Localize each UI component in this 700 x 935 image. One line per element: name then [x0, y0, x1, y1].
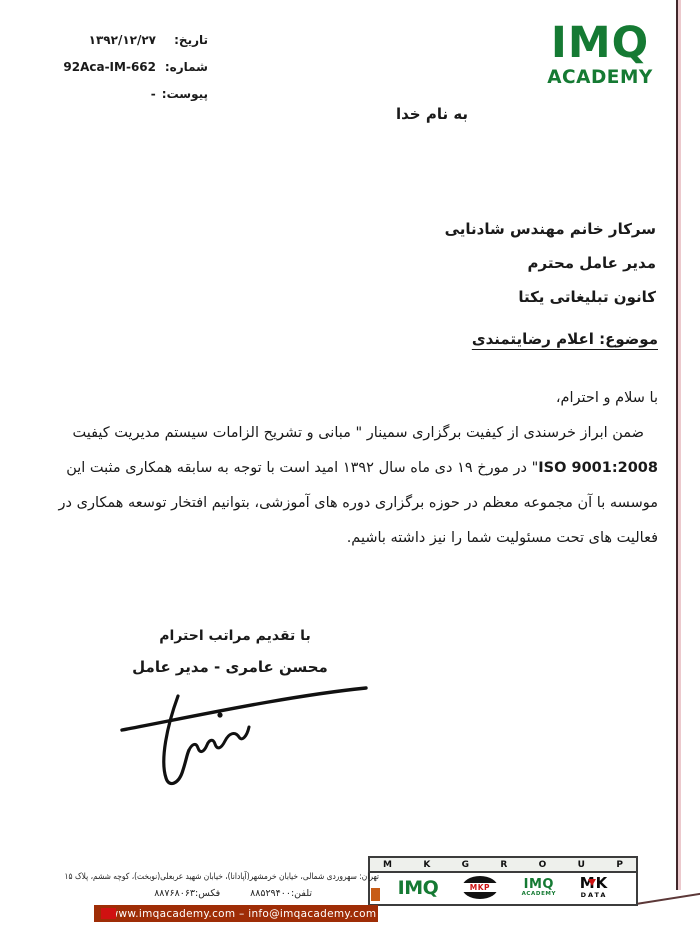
date-label: تاریخ: [162, 33, 208, 47]
number-value: 92Aca-IM-662 [63, 60, 156, 74]
footer-imq-academy-logo: IMQ ACADEMY [522, 878, 557, 898]
group-letter: M [383, 860, 392, 870]
letter-page: IMQ ACADEMY تاریخ: ۱۳۹۲/۱۲/۲۷ شماره: 92A… [0, 0, 700, 935]
website-email-text: www.imqacademy.com – info@imqacademy.com [96, 908, 377, 920]
logo-imq-text: IMQ [533, 20, 667, 66]
orange-marker [371, 888, 380, 901]
number-label: شماره: [162, 60, 208, 74]
body-line-4: فعالیت های تحت مسئولیت شما را نیز داشته … [30, 521, 658, 556]
letter-meta: تاریخ: ۱۳۹۲/۱۲/۲۷ شماره: 92Aca-IM-662 پی… [58, 33, 208, 114]
recipient-company: کانون تبلیغاتی یکتا [445, 280, 656, 314]
body-line-3: موسسه با آن مجموعه معظم در حوزه برگزاری … [30, 486, 658, 521]
iso-standard-text: ISO 9001:2008 [538, 460, 658, 476]
website-email-bar: www.imqacademy.com – info@imqacademy.com [94, 905, 378, 922]
group-letter: U [578, 860, 585, 870]
mk-data-red-wedge [588, 879, 596, 886]
phone-fax-line: تلفن:۸۸۵۲۹۴۰۰ فکس:۸۸۷۶۸۰۶۳ [154, 888, 312, 899]
footer-logos-row: IMQ MKP IMQ ACADEMY MK DATA [370, 873, 636, 902]
address-line: تهران: سهروردی شمالی، خیابان خرمشهر(آپاد… [45, 872, 379, 882]
recipient-title: مدیر عامل محترم [445, 246, 656, 280]
group-letter: G [462, 860, 469, 870]
subject-line: موضوع: اعلام رضایتمندی [472, 330, 658, 348]
footer-imq-logo: IMQ [398, 877, 439, 899]
body-line-2-rest: " در مورخ ۱۹ دی ماه سال ۱۳۹۲ امید است با… [66, 460, 538, 476]
signature-closing: با تقدیم مراتب احترام [150, 628, 320, 644]
attachment-label: پیوست: [162, 87, 208, 101]
body-line-2: ISO 9001:2008" در مورخ ۱۹ دی ماه سال ۱۳۹… [30, 451, 658, 486]
scan-edge-line [676, 0, 678, 890]
footer-mk-data-logo: MK DATA [580, 876, 609, 899]
meta-row-number: شماره: 92Aca-IM-662 [58, 60, 208, 74]
group-letter: P [616, 860, 623, 870]
group-letter: K [423, 860, 430, 870]
footer-imq-academy-bottom: ACADEMY [522, 892, 557, 898]
mk-group-letters: M K G R O U P [370, 858, 636, 873]
body-line-1: ضمن ابراز خرسندی از کیفیت برگزاری سمینار… [30, 416, 658, 451]
letter-body: با سلام و احترام، ضمن ابراز خرسندی از کی… [30, 381, 658, 556]
recipient-name: سرکار خانم مهندس شادنایی [445, 212, 656, 246]
mkp-text: MKP [470, 883, 490, 892]
group-letter: R [500, 860, 507, 870]
signatory-name-title: محسن عامری - مدیر عامل [118, 658, 342, 676]
group-letter: O [539, 860, 547, 870]
footer-mkp-globe-logo: MKP [462, 876, 498, 899]
bismillah-text: به نام خدا [396, 105, 468, 123]
date-value: ۱۳۹۲/۱۲/۲۷ [89, 33, 156, 47]
scan-bottom-line [636, 892, 700, 905]
imq-academy-logo: IMQ ACADEMY [533, 20, 667, 88]
mk-group-box: M K G R O U P IMQ MKP IMQ ACADEMY MK DAT… [368, 856, 638, 906]
red-marker [101, 908, 116, 919]
scan-edge-highlight [678, 0, 681, 890]
attachment-value: - [151, 87, 156, 101]
footer-imq-academy-top: IMQ [522, 878, 557, 891]
mkp-band: MKP [460, 883, 500, 892]
handwritten-signature [116, 684, 380, 796]
logo-academy-text: ACADEMY [533, 68, 667, 88]
body-salutation: با سلام و احترام، [30, 381, 658, 416]
meta-row-date: تاریخ: ۱۳۹۲/۱۲/۲۷ [58, 33, 208, 47]
meta-row-attachment: پیوست: - [58, 87, 208, 101]
mk-data-bottom: DATA [580, 892, 609, 899]
phone-number: تلفن:۸۸۵۲۹۴۰۰ [250, 888, 312, 899]
fax-number: فکس:۸۸۷۶۸۰۶۳ [154, 888, 220, 899]
recipient-block: سرکار خانم مهندس شادنایی مدیر عامل محترم… [445, 212, 656, 314]
